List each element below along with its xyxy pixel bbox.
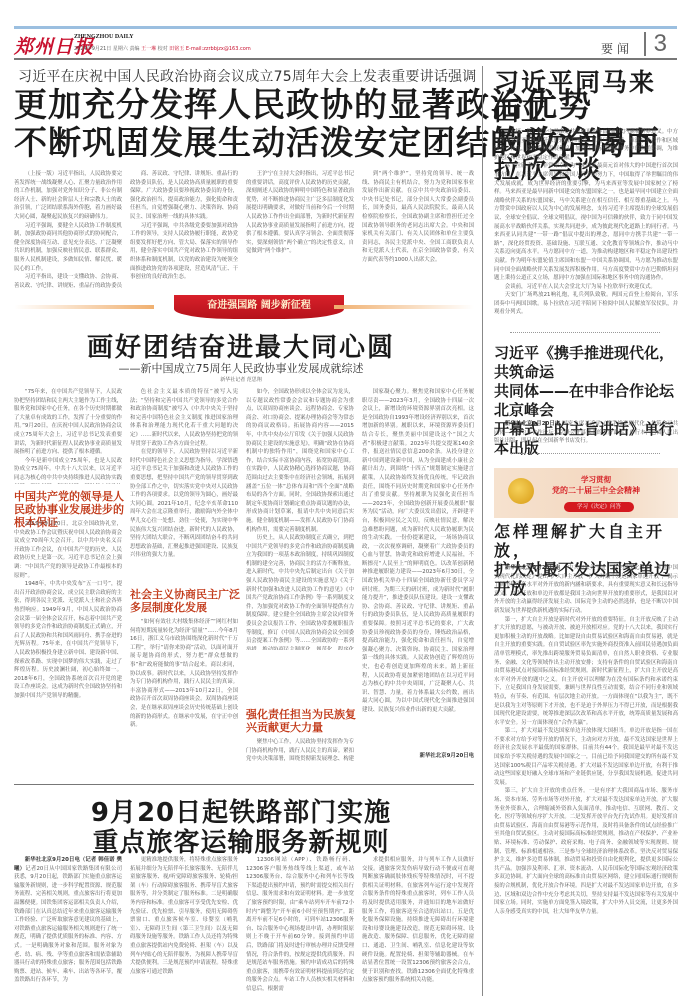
railway-body-col4: 求提供相应服务，并与列车工作人员做好交接。遇旅客突发伤病导致行动不便或可直观判断… <box>362 856 474 996</box>
feature-body-col3a: 如今，全国政协形成以全体会议为龙头，以专题议政性常委会会议和专题协商会为重点，以… <box>246 388 354 650</box>
feature-body-col1a: “75年来，在中国共产党领导下，人民政协把坚持团结和民主两大主题作为工作主线，服… <box>14 388 122 484</box>
section-label: 要闻 <box>601 40 633 57</box>
feature-subhead-3: 强化责任担当为民族复兴贡献更大力量 <box>246 708 356 734</box>
feature-subtitle: ——新中国成立75周年人民政协事业发展成就综述 <box>0 360 482 376</box>
malaysia-body: （上接一版）赋予中马命运共同体更加丰富的时代内涵和世界意义。中方支持马来西亚明年… <box>494 128 678 316</box>
lead-body-col4: 到“两个维护”，坚持党的领导、统一战线、协商民主有机结合，努力为党和国家事业发展… <box>362 170 474 288</box>
column-banner: 奋进强国路 阔步新征程 <box>14 295 474 321</box>
masthead-accent-rule <box>14 26 332 29</box>
banner-rule-left <box>14 305 154 309</box>
feature-body-col2a: 色社会主义最本质的特征”被写入宪法；“坚持和完善中国共产党领导的多党合作和政治协… <box>130 388 238 584</box>
feature-headline: 画好团结奋进最大同心圆 <box>0 327 482 364</box>
railway-body-col1: 新华社北京9月20日电（记者 韩佳诺 樊曦）记者20日从中国国家铁路集团有限公司… <box>14 856 122 996</box>
section-divider <box>14 784 474 785</box>
study-campaign-banner: 学习贯彻 党的二十届三中全会精神 学习《决定》问答 <box>494 468 678 518</box>
editor-name: 王一琳 <box>141 46 156 52</box>
page-number: 3 <box>644 32 667 56</box>
proofreader-name: 田铭玉 <box>169 46 184 52</box>
lead-kicker: 习近平在庆祝中国人民政治协商会议成立75周年大会上发表重要讲话强调 <box>18 66 476 86</box>
lead-body-col2: 商、善议政、守纪律、讲规矩、重品行的政协委员队伍，是人民政协高质量履职的重要保障… <box>130 170 238 288</box>
column-divider <box>482 66 483 996</box>
feature-body-col3b: 聚焦中心工作，人民政协坚持发挥作为专门协商机构作用，践行人民民主的真谛。紧扣党中… <box>246 738 354 762</box>
issue-meta: 2024年9月21日 星期六 责编 王一琳 校对 田铭玉 E-mail:zzrb… <box>74 45 251 52</box>
contact-email: E-mail:zzrbbjzx@163.com <box>186 46 251 52</box>
banner-ribbon: 奋进强国路 阔步新征程 <box>174 295 344 319</box>
proof-label: 校对 <box>158 46 168 52</box>
feature-byline: 新华社记者 范思翔 <box>0 376 482 383</box>
feature-subhead-2: 社会主义协商民主广泛多层制度化发展 <box>130 588 240 614</box>
feature-body-col4: 国家凝心聚力。聚焦党和国家中心任务履职尽责——2023年3月，全国政协十四届一次… <box>362 388 474 750</box>
africa-speech-body: 新华社北京9月20日电 国家主席习近平《携手推进现代化，共筑命运共同体——在中非… <box>494 420 678 450</box>
newspaper-english-name: ZHENGZHOU DAILY <box>74 34 134 40</box>
campaign-pill: 学习《决定》问答 <box>564 502 634 512</box>
rail-divider-2 <box>510 453 660 454</box>
feature-body-col1b: 2019年9月20日，北京全国政协礼堂，中央政协工作会议暨庆祝中国人民政治协商会… <box>14 520 122 760</box>
opening-up-body: 新华社北京9月20日电 《中共中央关于进一步全面深化改革，推进中国式现代化的决定… <box>494 564 678 984</box>
rail-divider-1 <box>510 332 660 333</box>
masthead: 郑州日报 ZHENGZHOU DAILY 2024年9月21日 星期六 责编 王… <box>14 30 677 60</box>
feature-signoff: 新华社北京9月20日电 <box>400 752 474 762</box>
editor-label: 责编 <box>129 46 139 52</box>
railway-dateline: 新华社北京9月20日电 <box>25 857 80 863</box>
campaign-line1: 学习贯彻 <box>494 474 678 485</box>
lead-body-col1: （上接一版）习近平指出，人民政协要完善发挥统一战线凝聚人心、汇聚力量政治作用的工… <box>14 170 122 288</box>
railway-body-col3: 12306网站（APP）、铁路畅行码、12306客户服务热线等线上渠道，或车站1… <box>246 856 354 996</box>
railway-headline: 9月20日起铁路部门实施 重点旅客运输服务新规则 <box>0 798 482 858</box>
lead-body-col3: 王沪宁在主持大会时指出，习近平总书记的重要讲话，高度评价人民政协的历史贡献，深刻… <box>246 170 354 288</box>
railway-body-col2: 更精准地提供服务，将特殊重点旅客服务拓展并细分为无陪伴年长旅客服务、无陪伴儿童旅… <box>130 856 238 996</box>
feature-body-col2b: “如何有效壮大村级集体经济”“网红村如何将短期流量转化为经济‘留量’”……今年8… <box>130 618 238 760</box>
issue-date: 2024年9月21日 星期六 <box>74 46 128 52</box>
banner-rule-right <box>334 305 474 309</box>
masthead-accent-rule-right <box>332 26 677 29</box>
campaign-line2: 党的二十届三中全会精神 <box>494 485 678 496</box>
